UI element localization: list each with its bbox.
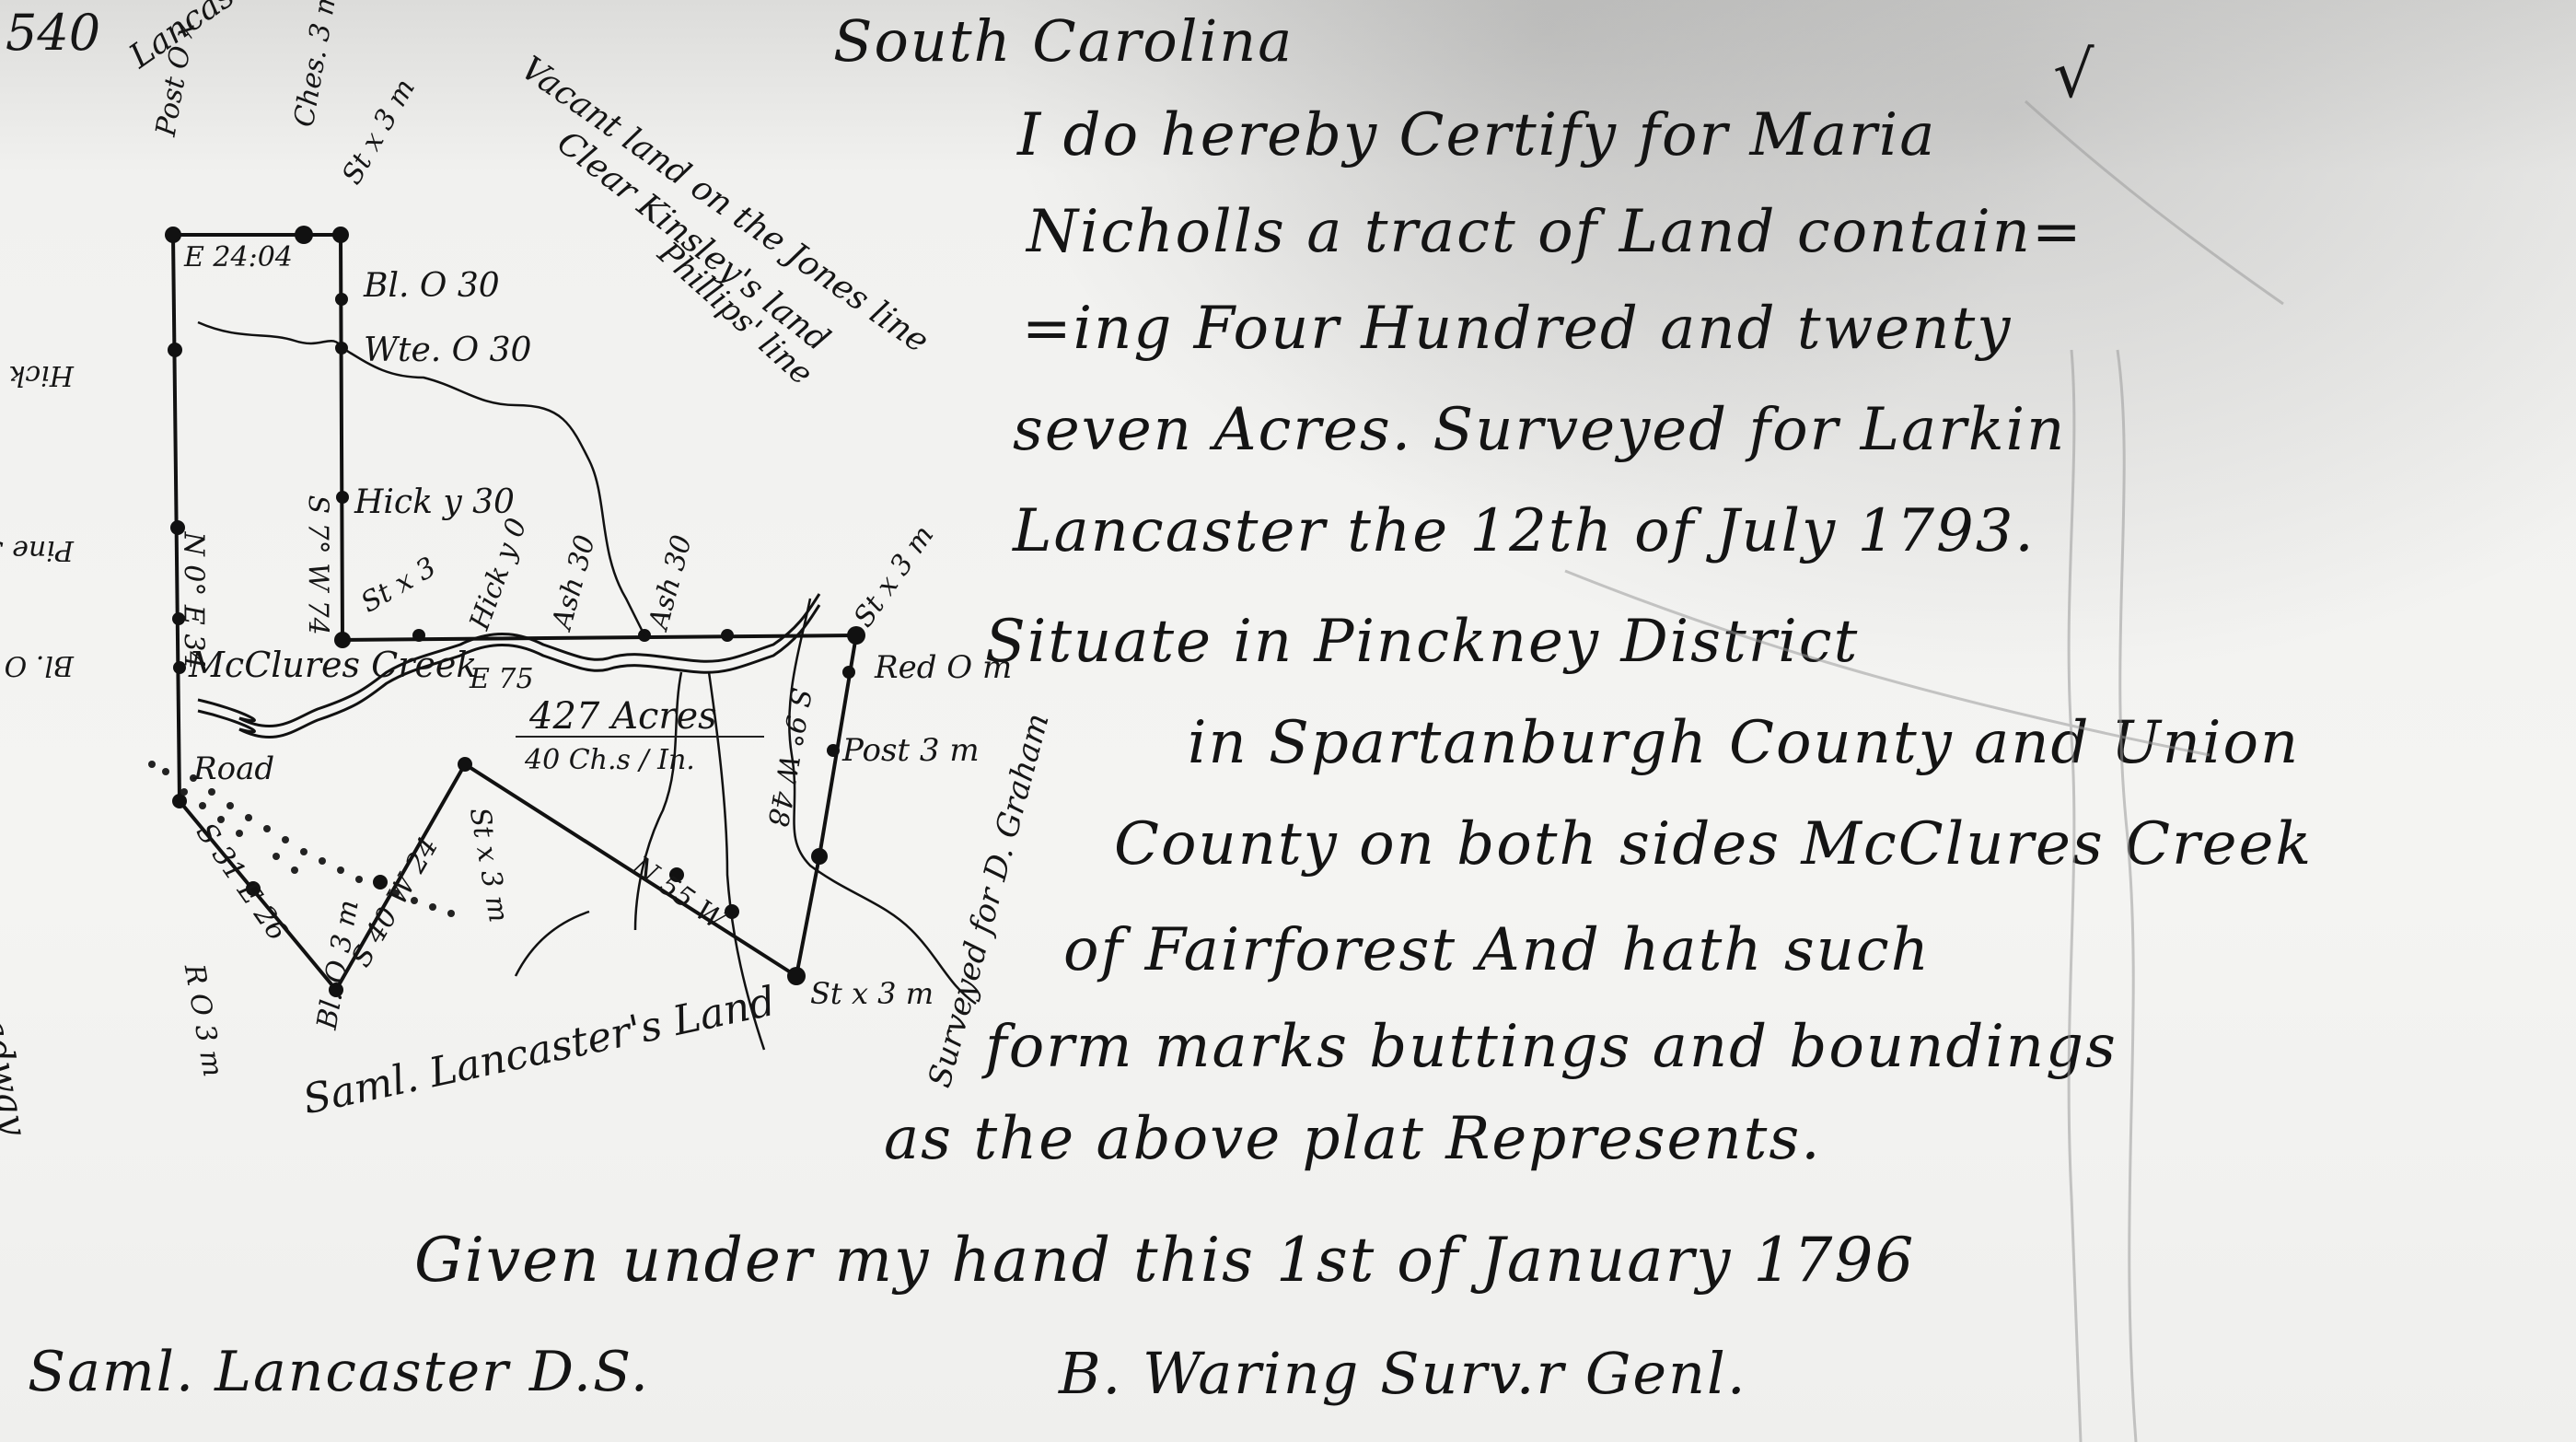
acreage-label: 427 Acres: [529, 695, 717, 738]
bearing-label: E 24:04: [184, 241, 293, 273]
corner-label: Wte. O 30: [364, 331, 531, 369]
plat-map: [0, 0, 2576, 1442]
corner-label: St x 3 m: [810, 976, 934, 1011]
corner-label: Bl. O 3: [0, 649, 74, 681]
corner-label: Red O m: [875, 649, 1012, 686]
bleed-through-lines: [1565, 101, 2283, 1442]
corner-label: Hick 3 m: [0, 359, 74, 391]
bearing-label: S 7° W 74: [302, 495, 334, 635]
document-page: 540 South Carolina √ I do hereby Certify…: [0, 0, 2576, 1442]
corner-label: Pine 3: [0, 534, 74, 566]
road-label: Road: [193, 750, 274, 787]
tributaries: [198, 322, 976, 1050]
creek-label: McClures Creek: [189, 645, 477, 685]
corner-label: Hick y 30: [354, 483, 515, 521]
corner-label: Post 3 m: [842, 732, 980, 769]
corner-label: Bl. O 30: [364, 267, 500, 305]
bearing-label: E 75: [470, 663, 534, 695]
scale-label: 40 Ch.s / In.: [525, 744, 695, 776]
